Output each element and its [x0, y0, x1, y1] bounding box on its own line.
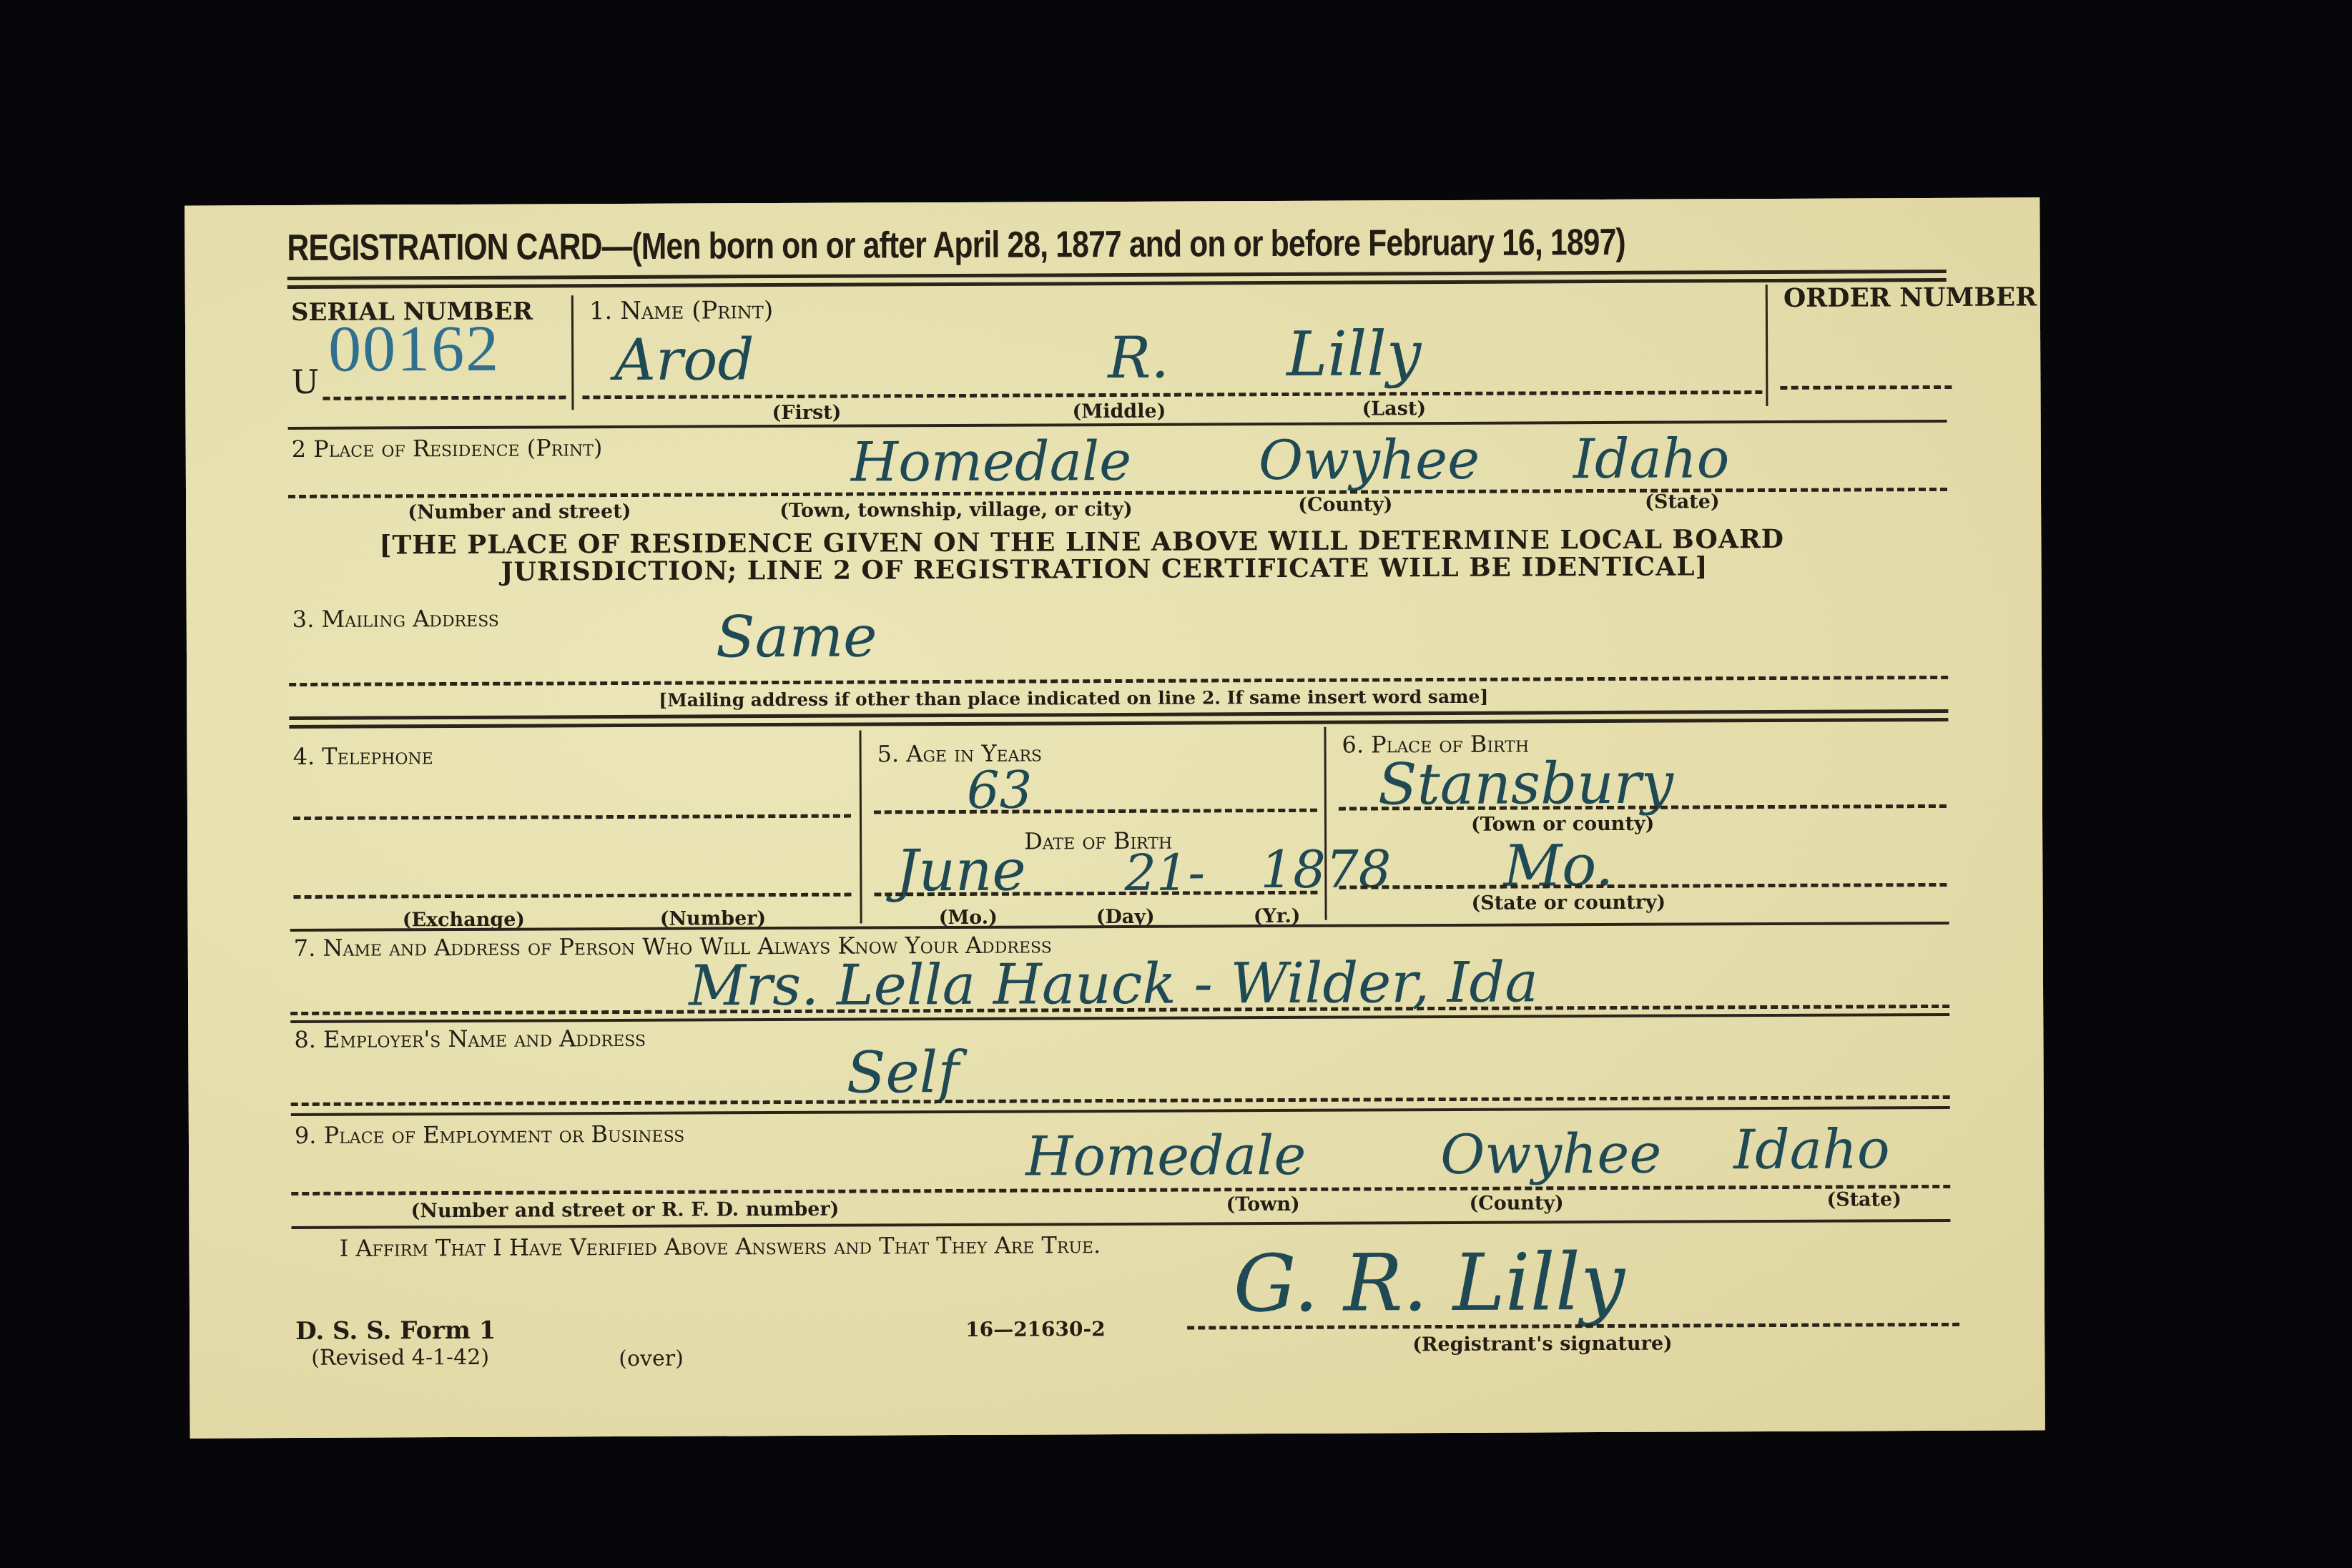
residence-street-caption: (Number and street)	[408, 501, 631, 523]
print-code: 16—21630-2	[965, 1317, 1106, 1341]
order-number-label: ORDER NUMBER	[1783, 282, 2037, 313]
form-revised: (Revised 4-1-42)	[311, 1345, 489, 1371]
telephone-label: 4. Telephone	[293, 742, 433, 770]
serial-divider	[571, 295, 574, 410]
order-divider	[1766, 285, 1768, 406]
name-middle-value: R.	[1108, 325, 1169, 391]
over-indicator: (over)	[619, 1346, 684, 1371]
affirmation-text: I Affirm That I Have Verified Above Answ…	[340, 1231, 1101, 1262]
serial-number-value: 00162	[328, 310, 500, 387]
residence-notice-line2: JURISDICTION; LINE 2 OF REGISTRATION CER…	[501, 551, 1708, 586]
name-middle-caption: (Middle)	[1072, 400, 1166, 423]
name-first-value: Arod	[614, 326, 754, 393]
name-label: 1. Name (Print)	[589, 296, 773, 325]
residence-label: 2 Place of Residence (Print)	[292, 434, 603, 463]
employment-county-value: Owyhee	[1440, 1122, 1662, 1186]
signature-caption: (Registrant's signature)	[1412, 1333, 1673, 1356]
residence-state-caption: (State)	[1645, 490, 1720, 513]
residence-state-value: Idaho	[1573, 426, 1730, 490]
telephone-divider	[859, 731, 862, 924]
residence-county-value: Owyhee	[1259, 428, 1480, 492]
birthplace-state-line	[1339, 883, 1947, 889]
residence-town-caption: (Town, township, village, or city)	[779, 498, 1133, 522]
employer-label: 8. Employer's Name and Address	[294, 1025, 646, 1053]
employment-place-label: 9. Place of Employment or Business	[295, 1120, 685, 1149]
mailing-address-value: Same	[716, 603, 877, 670]
age-divider	[1324, 727, 1327, 920]
row3-rule-bottom	[289, 718, 1948, 729]
serial-line	[323, 395, 566, 400]
order-line	[1780, 385, 1952, 390]
mailing-address-caption: [Mailing address if other than place ind…	[659, 686, 1488, 711]
birthplace-state-value: Mo.	[1503, 832, 1614, 899]
employment-state-caption: (State)	[1826, 1188, 1901, 1210]
birthplace-state-caption: (State or country)	[1471, 892, 1665, 914]
employer-value: Self	[846, 1039, 959, 1106]
card-title: REGISTRATION CARD—(Men born on or after …	[287, 221, 1625, 270]
age-line	[874, 809, 1317, 814]
serial-prefix: U	[291, 363, 319, 401]
name-last-value: Lilly	[1286, 318, 1422, 390]
employment-town-caption: (Town)	[1226, 1193, 1300, 1216]
name-line	[582, 390, 1762, 399]
telephone-line-1	[293, 814, 851, 820]
registration-card: REGISTRATION CARD—(Men born on or after …	[184, 197, 2045, 1438]
mailing-line	[289, 676, 1948, 686]
employment-street-caption: (Number and street or R. F. D. number)	[410, 1198, 839, 1223]
registrant-signature: G. R. Lilly	[1234, 1236, 1625, 1329]
mailing-address-label: 3. Mailing Address	[292, 605, 499, 633]
telephone-line-2	[293, 893, 851, 899]
name-last-caption: (Last)	[1362, 398, 1426, 420]
employment-county-caption: (County)	[1469, 1192, 1564, 1215]
title-rule-bottom	[287, 278, 1947, 289]
residence-county-caption: (County)	[1298, 493, 1393, 516]
form-name: D. S. S. Form 1	[295, 1316, 496, 1346]
row8-rule	[291, 1106, 1950, 1116]
employer-line	[291, 1095, 1950, 1106]
employment-town-value: Homedale	[1025, 1123, 1307, 1188]
employment-state-value: Idaho	[1733, 1117, 1890, 1181]
residence-town-value: Homedale	[851, 429, 1132, 494]
name-first-caption: (First)	[772, 402, 841, 424]
